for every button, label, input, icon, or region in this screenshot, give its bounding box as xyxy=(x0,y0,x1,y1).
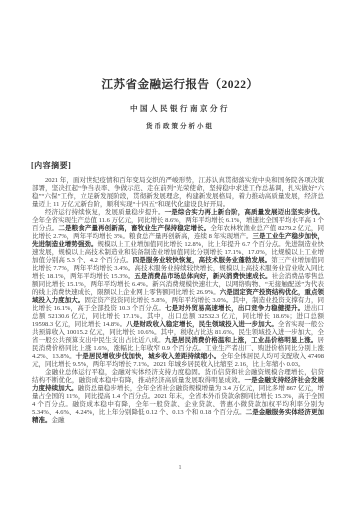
abstract-paragraph: 2021 年，面对世纪疫情和百年变局交织的严峻形势，江苏认真贯彻落实党中央和国务… xyxy=(32,176,324,208)
report-title: 江苏省金融运行报告（2022） xyxy=(0,76,360,92)
abstract-body: 2021 年，面对世纪疫情和百年变局交织的严峻形势，江苏认真贯彻落实党中央和国务… xyxy=(32,176,324,466)
abstract-paragraph: 金融业总体运行平稳，金融对实体经济支持力度稳固。货币信贷和社会融资规模合理增长，… xyxy=(32,368,324,424)
abstract-bold-segment: 四是服务业较快恢复，高技术服务业蓬勃发展。 xyxy=(133,256,272,264)
abstract-section-header: [内容摘要] xyxy=(31,160,71,171)
document-page: 江苏省金融运行报告（2022） 中国人民银行南京分行 货币政策分析小组 [内容摘… xyxy=(0,0,360,509)
abstract-bold-segment: 八是财政收入稳定增长，民生领域投入进一步加大。 xyxy=(126,320,278,328)
abstract-bold-segment: 九是居民消费价格温和上涨，工业品价格明显上涨。 xyxy=(165,336,318,344)
abstract-bold-segment: 一是综合实力再上新台阶，高质量发展迈出坚实步伐。 xyxy=(165,208,324,216)
page-number-footer: 1 xyxy=(0,464,360,471)
abstract-text-segment: 经济运行持续恢复，发展质量稳步提升。 xyxy=(45,208,165,216)
analysis-group-line: 货币政策分析小组 xyxy=(0,121,360,130)
abstract-bold-segment: 五是消费品市场总体向好，新兴消费快速成长。 xyxy=(134,272,271,280)
abstract-text-container: 2021 年，面对世纪疫情和百年变局交织的严峻形势，江苏认真贯彻落实党中央和国务… xyxy=(32,176,324,424)
abstract-bold-segment: 二是粮食产量再创新高，畜牧业生产保持稳定增长。 xyxy=(58,224,210,232)
issuing-bank-line: 中国人民银行南京分行 xyxy=(0,103,360,114)
abstract-bold-segment: 七是对外贸易高速增长，出口竞争力稳健提升。 xyxy=(165,304,304,312)
abstract-text-segment: 金融 xyxy=(52,416,65,424)
abstract-paragraph: 经济运行持续恢复，发展质量稳步提升。一是综合实力再上新台阶，高质量发展迈出坚实步… xyxy=(32,208,324,368)
abstract-bold-segment: 十是居民增收步伐加快，城乡收入差距持续缩小。 xyxy=(76,352,221,360)
abstract-text-segment: 2021 年，面对世纪疫情和百年变局交织的严峻形势，江苏认真贯彻落实党中央和国务… xyxy=(32,176,324,208)
